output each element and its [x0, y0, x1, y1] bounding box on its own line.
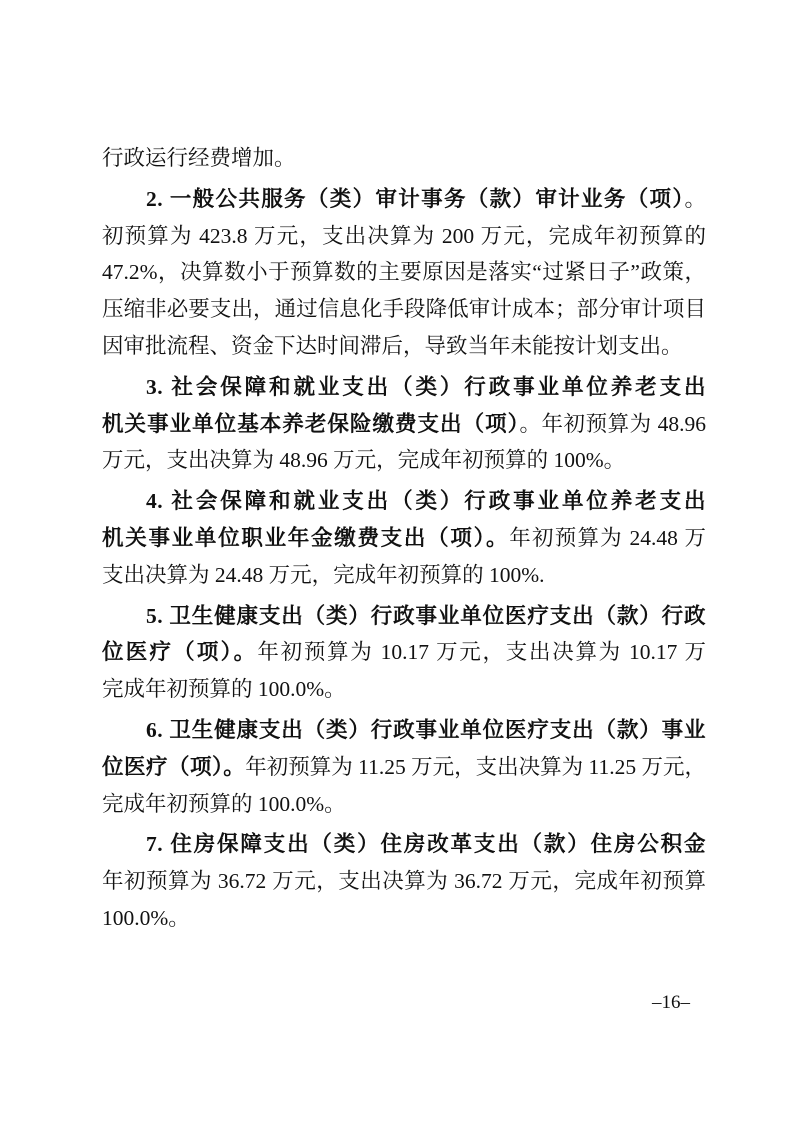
- body-text-segment: 完成年初预算的 100.0%。: [102, 792, 346, 816]
- body-text-segment: 47.2%，决算数小于预算数的主要原因是落实“过紧日子”政策，: [102, 260, 706, 284]
- body-text-segment: 完成年初预算的 100.0%。: [102, 677, 346, 701]
- body-text-segment: 因审批流程、资金下达时间滞后，导致当年未能按计划支出。: [102, 334, 683, 358]
- paragraph-1: 行政运行经费增加。: [102, 140, 706, 177]
- paragraph-4: 4. 社会保障和就业支出（类）行政事业单位养老支出（款）机关事业单位职业年金缴费…: [102, 483, 706, 593]
- section-heading-segment: 6. 卫生健康支出（类）行政事业单位医疗支出（款）事业单: [146, 718, 706, 749]
- document-body: 行政运行经费增加。2. 一般公共服务（类）审计事务（款）审计业务（项）。年初预算…: [102, 140, 706, 937]
- body-text-segment: 。年初预算为 48.96: [519, 412, 706, 436]
- text-line: 位医疗（项）。年初预算为 10.17 万元，支出决算为 10.17 万元，: [102, 634, 706, 671]
- section-heading-segment: 机关事业单位基本养老保险缴费支出（项）: [102, 412, 519, 436]
- text-line: 完成年初预算的 100.0%。: [102, 786, 706, 823]
- body-text-segment: 100.0%。: [102, 906, 190, 930]
- section-heading-segment: 3. 社会保障和就业支出（类）行政事业单位养老支出（款）: [146, 375, 706, 406]
- text-line: 机关事业单位职业年金缴费支出（项）。年初预算为 24.48 万元，: [102, 520, 706, 557]
- text-line: 100.0%。: [102, 900, 706, 937]
- page-number: –16–: [652, 992, 690, 1013]
- paragraph-3: 3. 社会保障和就业支出（类）行政事业单位养老支出（款）机关事业单位基本养老保险…: [102, 369, 706, 479]
- body-text-segment: 年初预算为 36.72 万元，支出决算为 36.72 万元，完成年初预算的: [102, 869, 706, 900]
- text-line: 年初预算为 36.72 万元，支出决算为 36.72 万元，完成年初预算的: [102, 863, 706, 900]
- body-text-segment: 万元，支出决算为 48.96 万元，完成年初预算的 100%。: [102, 448, 625, 472]
- section-heading-segment: 机关事业单位职业年金缴费支出（项）。: [102, 526, 509, 550]
- text-line: 3. 社会保障和就业支出（类）行政事业单位养老支出（款）: [102, 369, 706, 406]
- section-heading-segment: 4. 社会保障和就业支出（类）行政事业单位养老支出（款）: [146, 489, 706, 520]
- body-text-segment: 年初预算为 11.25 万元，支出决算为 11.25 万元，: [245, 755, 706, 779]
- text-line: 位医疗（项）。年初预算为 11.25 万元，支出决算为 11.25 万元，: [102, 749, 706, 786]
- section-heading-segment: 位医疗（项）。: [102, 640, 257, 664]
- text-line: 机关事业单位基本养老保险缴费支出（项）。年初预算为 48.96: [102, 406, 706, 443]
- text-line: 6. 卫生健康支出（类）行政事业单位医疗支出（款）事业单: [102, 712, 706, 749]
- text-line: 支出决算为 24.48 万元，完成年初预算的 100%.: [102, 557, 706, 594]
- body-text-segment: 行政运行经费增加。: [102, 146, 296, 170]
- text-line: 行政运行经费增加。: [102, 140, 706, 177]
- page-footer: –16–: [652, 990, 690, 1016]
- text-line: 4. 社会保障和就业支出（类）行政事业单位养老支出（款）: [102, 483, 706, 520]
- section-heading-segment: 7. 住房保障支出（类）住房改革支出（款）住房公积金（项）: [146, 832, 706, 863]
- section-heading-segment: 2. 一般公共服务（类）审计事务（款）审计业务（项）: [146, 187, 684, 211]
- text-line: 2. 一般公共服务（类）审计事务（款）审计业务（项）。年: [102, 181, 706, 218]
- paragraph-7: 7. 住房保障支出（类）住房改革支出（款）住房公积金（项）年初预算为 36.72…: [102, 826, 706, 936]
- paragraph-5: 5. 卫生健康支出（类）行政事业单位医疗支出（款）行政单位医疗（项）。年初预算为…: [102, 598, 706, 708]
- text-line: 5. 卫生健康支出（类）行政事业单位医疗支出（款）行政单: [102, 598, 706, 635]
- document-page: 行政运行经费增加。2. 一般公共服务（类）审计事务（款）审计业务（项）。年初预算…: [0, 0, 793, 1122]
- text-line: 压缩非必要支出，通过信息化手段降低审计成本；部分审计项目: [102, 291, 706, 328]
- text-line: 7. 住房保障支出（类）住房改革支出（款）住房公积金（项）: [102, 826, 706, 863]
- body-text-segment: 初预算为 423.8 万元，支出决算为 200 万元，完成年初预算的: [102, 224, 706, 248]
- body-text-segment: 支出决算为 24.48 万元，完成年初预算的 100%.: [102, 563, 545, 587]
- section-heading-segment: 5. 卫生健康支出（类）行政事业单位医疗支出（款）行政单: [146, 604, 706, 635]
- text-line: 因审批流程、资金下达时间滞后，导致当年未能按计划支出。: [102, 328, 706, 365]
- paragraph-6: 6. 卫生健康支出（类）行政事业单位医疗支出（款）事业单位医疗（项）。年初预算为…: [102, 712, 706, 822]
- text-line: 完成年初预算的 100.0%。: [102, 671, 706, 708]
- text-line: 万元，支出决算为 48.96 万元，完成年初预算的 100%。: [102, 442, 706, 479]
- text-line: 初预算为 423.8 万元，支出决算为 200 万元，完成年初预算的: [102, 218, 706, 255]
- body-text-segment: 压缩非必要支出，通过信息化手段降低审计成本；部分审计项目: [102, 297, 706, 321]
- section-heading-segment: 位医疗（项）。: [102, 755, 245, 779]
- paragraph-2: 2. 一般公共服务（类）审计事务（款）审计业务（项）。年初预算为 423.8 万…: [102, 181, 706, 365]
- text-line: 47.2%，决算数小于预算数的主要原因是落实“过紧日子”政策，: [102, 254, 706, 291]
